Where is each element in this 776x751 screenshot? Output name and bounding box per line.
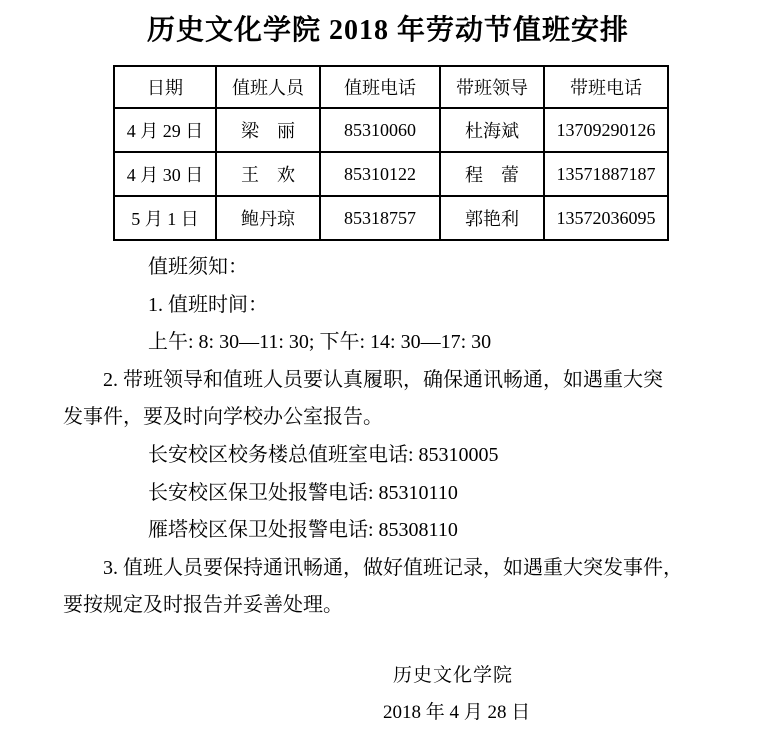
header-cell-leader-phone: 带班电话 bbox=[544, 66, 668, 108]
duty-notes: 值班须知： 1. 值班时间： 上午: 8: 30—11: 30; 下午: 14:… bbox=[63, 249, 723, 625]
notes-item-1: 1. 值班时间： bbox=[63, 287, 723, 325]
document-page: 历史文化学院 2018 年劳动节值班安排 日期 值班人员 值班电话 带班领导 带… bbox=[0, 0, 776, 751]
cell-date: 4 月 29 日 bbox=[114, 108, 216, 152]
cell-leader: 郭艳利 bbox=[440, 196, 544, 240]
duty-hours-line: 上午: 8: 30—11: 30; 下午: 14: 30—17: 30 bbox=[63, 324, 723, 362]
cell-leader-phone: 13571887187 bbox=[544, 152, 668, 196]
cell-duty-phone: 85310122 bbox=[320, 152, 440, 196]
cell-duty-person: 王 欢 bbox=[216, 152, 320, 196]
cell-leader-phone: 13572036095 bbox=[544, 196, 668, 240]
notes-item-3-line-2: 要按规定及时报告并妥善处理。 bbox=[63, 587, 723, 625]
cell-duty-person: 鲍丹琼 bbox=[216, 196, 320, 240]
phone-line-main-duty: 长安校区校务楼总值班室电话: 85310005 bbox=[63, 437, 723, 475]
header-cell-duty-person: 值班人员 bbox=[216, 66, 320, 108]
cell-leader: 程 蕾 bbox=[440, 152, 544, 196]
notes-heading: 值班须知： bbox=[63, 249, 723, 287]
cell-date: 5 月 1 日 bbox=[114, 196, 216, 240]
page-title: 历史文化学院 2018 年劳动节值班安排 bbox=[0, 8, 776, 48]
signature-org: 历史文化学院 bbox=[393, 660, 513, 687]
phone-line-yanta: 雁塔校区保卫处报警电话: 85308110 bbox=[63, 512, 723, 550]
signature-date: 2018 年 4 月 28 日 bbox=[383, 697, 530, 724]
cell-duty-phone: 85318757 bbox=[320, 196, 440, 240]
header-cell-date: 日期 bbox=[114, 66, 216, 108]
notes-item-2-line-1: 2. 带班领导和值班人员要认真履职，确保通讯畅通，如遇重大突 bbox=[63, 362, 723, 400]
cell-date: 4 月 30 日 bbox=[114, 152, 216, 196]
cell-leader: 杜海斌 bbox=[440, 108, 544, 152]
notes-item-2-line-2: 发事件，要及时向学校办公室报告。 bbox=[63, 399, 723, 437]
table-header-row: 日期 值班人员 值班电话 带班领导 带班电话 bbox=[114, 66, 668, 108]
table-row: 4 月 29 日 梁 丽 85310060 杜海斌 13709290126 bbox=[114, 108, 668, 152]
phone-line-changan: 长安校区保卫处报警电话: 85310110 bbox=[63, 475, 723, 513]
header-cell-duty-phone: 值班电话 bbox=[320, 66, 440, 108]
table-row: 4 月 30 日 王 欢 85310122 程 蕾 13571887187 bbox=[114, 152, 668, 196]
header-cell-leader: 带班领导 bbox=[440, 66, 544, 108]
cell-leader-phone: 13709290126 bbox=[544, 108, 668, 152]
duty-schedule-table: 日期 值班人员 值班电话 带班领导 带班电话 4 月 29 日 梁 丽 8531… bbox=[113, 65, 669, 241]
cell-duty-phone: 85310060 bbox=[320, 108, 440, 152]
table-row: 5 月 1 日 鲍丹琼 85318757 郭艳利 13572036095 bbox=[114, 196, 668, 240]
cell-duty-person: 梁 丽 bbox=[216, 108, 320, 152]
notes-item-3-line-1: 3. 值班人员要保持通讯畅通，做好值班记录，如遇重大突发事件， bbox=[63, 550, 723, 588]
